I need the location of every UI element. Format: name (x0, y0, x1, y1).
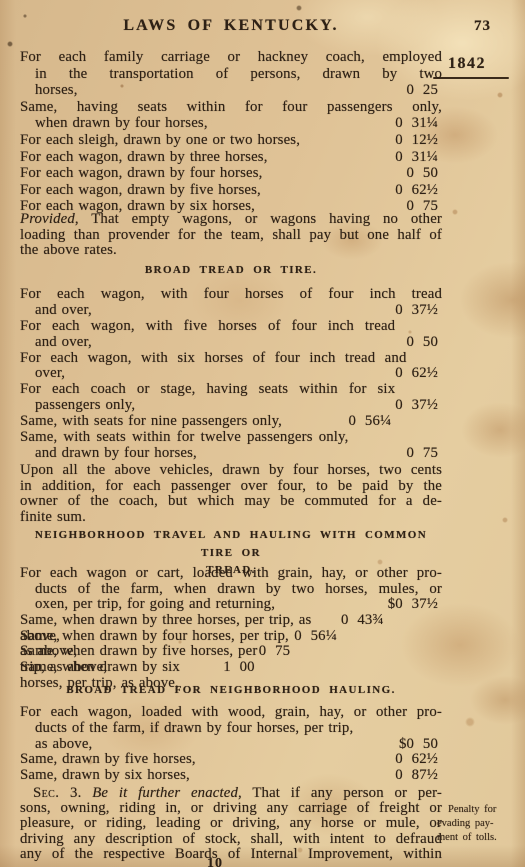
text-block: Sec. 3. Be it further enacted, That if a… (20, 786, 442, 862)
text-line: 0 62½over, (20, 366, 442, 382)
page-number: 73 (474, 18, 491, 35)
body-text: any of the respective Boards of Internal… (20, 846, 442, 862)
text-line: any of the respective Boards of Internal… (20, 847, 442, 862)
text-line: For each wagon or cart, loaded with grai… (20, 566, 442, 582)
body-text: For each wagon, with four horses of four… (20, 286, 442, 302)
running-head-title: LAWS OF KENTUCKY. (20, 17, 442, 35)
text-line: 0 62½Same, drawn by five horses, (20, 752, 442, 768)
margin-note-line: ment of tolls. (437, 831, 523, 845)
body-text: when drawn by four horses, (35, 115, 208, 131)
body-text: For each wagon, loaded with wood, grain,… (20, 704, 442, 720)
text-line: loading than provender for the team, sha… (20, 228, 442, 244)
text-line: sons, owning, riding in, or driving any … (20, 801, 442, 816)
text-line: owner of the coach, but which may be com… (20, 494, 442, 510)
body-text: Same, with seats within for twelve passe… (20, 429, 349, 445)
body-text: in the transportation of persons, drawn … (35, 66, 442, 82)
price-value: $0 37½ (388, 597, 438, 613)
price-value: 0 31¼ (395, 115, 438, 132)
price-value: 0 62½ (395, 182, 438, 199)
text-line: 0 56¼Same, with seats for nine passenger… (20, 414, 442, 430)
price-value: 0 56¼ (294, 629, 337, 645)
body-text: and over, (35, 302, 92, 318)
price-value: 0 43¾ (341, 613, 384, 629)
scanned-book-page: LAWS OF KENTUCKY. 73 1842 For each famil… (0, 0, 525, 867)
body-text: Upon all the above vehicles, drawn by fo… (20, 462, 442, 478)
price-value: 0 62½ (395, 752, 438, 768)
price-value: 0 56¼ (349, 414, 392, 430)
body-text: and over, (35, 334, 92, 350)
body-text: horses, (35, 82, 78, 98)
text-line: For each family carriage or hackney coac… (20, 49, 442, 66)
price-value: 0 75 (259, 644, 291, 660)
body-text: ducts of the farm, when drawn by two hor… (35, 581, 442, 597)
body-text: finite sum. (20, 509, 86, 525)
body-text: , That empty wagons, or wagons having no… (75, 211, 442, 227)
text-line: For each wagon, with five horses of four… (20, 319, 442, 335)
italic-text: Provided (20, 211, 75, 227)
body-text: as above, (35, 736, 92, 752)
price-value: 0 50 (407, 335, 439, 351)
text-block: Provided, That empty wagons, or wagons h… (20, 212, 442, 259)
text-line: pleasure, or riding, leading or driving,… (20, 816, 442, 831)
body-text: Same, having seats within for four passe… (20, 99, 442, 115)
margin-note-line: Penalty for (437, 803, 523, 817)
margin-year: 1842 (448, 55, 486, 73)
price-value: 1 00 (223, 660, 255, 676)
text-line: Sec. 3. Be it further enacted, That if a… (20, 786, 442, 801)
text-block: For each wagon or cart, loaded with grai… (20, 566, 442, 676)
heading-line: BROAD TREAD FOR NEIGHBORHOOD HAULING. (20, 683, 442, 698)
body-text: For each wagon or cart, loaded with grai… (20, 565, 442, 581)
italic-text: Be it further enacted (92, 785, 238, 801)
text-line: Same, with seats within for twelve passe… (20, 430, 442, 446)
body-text: the above rates. (20, 242, 117, 258)
text-line: 1 00Same, when drawn by six horses, per … (20, 660, 442, 676)
text-line: 0 87½Same, drawn by six horses, (20, 768, 442, 784)
price-value: 0 37½ (395, 398, 438, 414)
text-line: finite sum. (20, 510, 442, 526)
section-heading: BROAD TREAD FOR NEIGHBORHOOD HAULING. (20, 683, 442, 698)
text-line: ducts of the farm, if drawn by four hors… (20, 721, 442, 737)
body-text: Same, drawn by five horses, (20, 751, 196, 767)
price-value: 0 37½ (395, 303, 438, 319)
price-value: 0 75 (407, 446, 439, 462)
heading-line: NEIGHBORHOOD TRAVEL AND HAULING WITH COM… (20, 527, 442, 562)
body-text: oxen, per trip, for going and returning, (35, 596, 275, 612)
body-text: sons, owning, riding in, or driving any … (20, 800, 442, 816)
text-line: Same, having seats within for four passe… (20, 99, 442, 116)
text-line: 0 50For each wagon, drawn by four horses… (20, 165, 442, 182)
body-text: driving any description of stock, shall,… (20, 831, 442, 847)
text-line: 0 31¼when drawn by four horses, (20, 115, 442, 132)
text-line: in addition, for each passenger over fou… (20, 479, 442, 495)
body-text: and drawn by four horses, (35, 445, 197, 461)
price-value: $0 50 (399, 737, 438, 753)
margin-note-line: evading pay- (437, 817, 523, 831)
body-text: pleasure, or riding, leading or driving,… (20, 815, 442, 831)
body-text: over, (35, 365, 65, 381)
body-text: 3. (59, 785, 92, 801)
text-line: 0 43¾Same, when drawn by three horses, p… (20, 613, 442, 629)
price-value: 0 25 (407, 82, 439, 99)
text-block: For each wagon, loaded with wood, grain,… (20, 705, 442, 784)
body-text: For each wagon, with six horses of four … (20, 350, 407, 366)
text-line: 0 75and drawn by four horses, (20, 446, 442, 462)
text-line: 0 75Same, when drawn by five horses, per… (20, 644, 442, 660)
section-heading: BROAD TREAD OR TIRE. (20, 263, 442, 278)
text-line: driving any description of stock, shall,… (20, 832, 442, 847)
text-line: 0 25horses, (20, 82, 442, 99)
text-line: 0 37½passengers only, (20, 398, 442, 414)
price-value: 0 12½ (395, 132, 438, 149)
body-text: For each family carriage or hackney coac… (20, 49, 442, 65)
body-text: Same, drawn by six horses, (20, 767, 190, 783)
body-text: For each coach or stage, having seats wi… (20, 381, 395, 397)
text-line: 0 50and over, (20, 335, 442, 351)
text-line: Provided, That empty wagons, or wagons h… (20, 212, 442, 228)
text-line: ducts of the farm, when drawn by two hor… (20, 582, 442, 598)
text-line: $0 37½oxen, per trip, for going and retu… (20, 597, 442, 613)
body-text: For each wagon, drawn by five horses, (20, 182, 261, 198)
text-line: 0 56¼Same, when drawn by four horses, pe… (20, 629, 442, 645)
margin-note: Penalty for evading pay- ment of tolls. (437, 803, 523, 845)
text-line: For each wagon, loaded with wood, grain,… (20, 705, 442, 721)
body-text: owner of the coach, but which may be com… (20, 493, 442, 509)
body-text: passengers only, (35, 397, 135, 413)
text-block: For each family carriage or hackney coac… (20, 49, 442, 215)
text-block: Upon all the above vehicles, drawn by fo… (20, 463, 442, 526)
price-value: 0 87½ (395, 768, 438, 784)
body-text: For each wagon, drawn by four horses, (20, 165, 262, 181)
margin-year-rule (433, 77, 509, 79)
signature-mark: 10 (207, 856, 223, 867)
text-line: in the transportation of persons, drawn … (20, 66, 442, 83)
text-line: 0 37½and over, (20, 303, 442, 319)
smallcaps-text: Sec. (33, 785, 59, 801)
price-value: 0 50 (407, 165, 439, 182)
heading-line: BROAD TREAD OR TIRE. (20, 263, 442, 278)
body-text: Same, with seats for nine passengers onl… (20, 413, 282, 429)
text-line: 0 62½For each wagon, drawn by five horse… (20, 182, 442, 199)
text-line: the above rates. (20, 243, 442, 259)
body-text: , That if any person or per- (238, 785, 442, 801)
text-line: $0 50as above, (20, 737, 442, 753)
text-line: 0 31¼For each wagon, drawn by three hors… (20, 149, 442, 166)
text-line: 0 12½For each sleigh, drawn by one or tw… (20, 132, 442, 149)
body-text: For each wagon, drawn by three horses, (20, 149, 268, 165)
body-text: For each sleigh, drawn by one or two hor… (20, 132, 300, 148)
text-block: For each wagon, with four horses of four… (20, 287, 442, 462)
text-line: For each wagon, with four horses of four… (20, 287, 442, 303)
price-value: 0 62½ (395, 366, 438, 382)
price-value: 0 31¼ (395, 149, 438, 166)
text-line: For each coach or stage, having seats wi… (20, 382, 442, 398)
body-text: in addition, for each passenger over fou… (20, 478, 442, 494)
text-line: For each wagon, with six horses of four … (20, 351, 442, 367)
text-line: Upon all the above vehicles, drawn by fo… (20, 463, 442, 479)
body-text: ducts of the farm, if drawn by four hors… (35, 720, 353, 736)
body-text: For each wagon, with five horses of four… (20, 318, 395, 334)
body-text: loading than provender for the team, sha… (20, 227, 442, 243)
